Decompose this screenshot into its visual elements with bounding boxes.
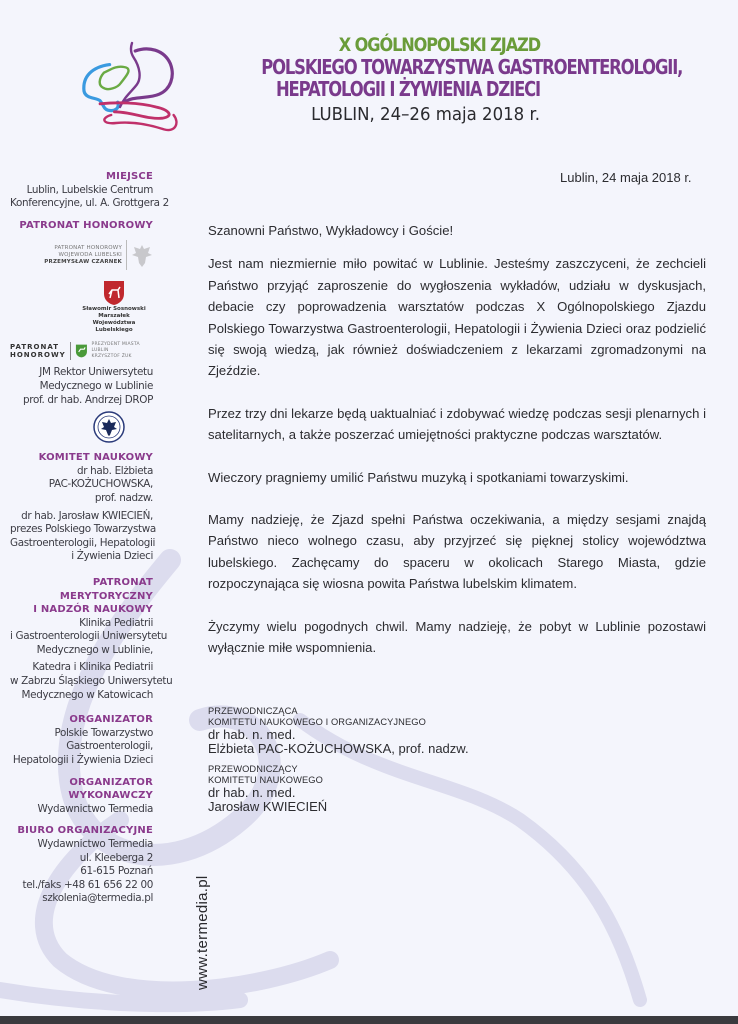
letter-paragraph: Mamy nadzieję, że Zjazd spełni Państwa o… — [208, 509, 706, 595]
wojewoda-patron-logo: PATRONAT HONOROWY WOJEWODA LUBELSKI PRZE… — [10, 240, 153, 270]
sidebar: MIEJSCE Lublin, Lubelskie Centrum Konfer… — [10, 170, 153, 906]
section-title-organizator: ORGANIZATOR — [10, 713, 153, 727]
letter-paragraph: Wieczory pragniemy umilić Państwu muzyką… — [208, 467, 706, 488]
website-link[interactable]: www.termedia.pl — [194, 875, 211, 990]
letter-paragraph: Jest nam niezmiernie miło powitać w Lubl… — [208, 253, 706, 381]
sidebar-text: i Żywienia Dzieci — [10, 550, 153, 564]
sidebar-text: PAC-KOŻUCHOWSKA, — [10, 478, 153, 492]
prezydent-patron-logo: PATRONAT HONOROWY PREZYDENT MIASTA LUBLI… — [10, 342, 153, 360]
header-line-2: POLSKIEGO TOWARZYSTWA GASTROENTEROLOGII, — [261, 56, 540, 78]
tiny-text: PATRONAT — [10, 343, 66, 351]
tiny-text: PRZEMYSŁAW CZARNEK — [44, 259, 122, 266]
sidebar-text: dr hab. Elżbieta — [10, 465, 153, 479]
header-line-3: HEPATOLOGII I ŻYWIENIA DZIECI — [261, 78, 540, 100]
tiny-text: Sławomir Sosnowski — [79, 306, 149, 313]
digestive-system-logo-icon — [76, 28, 196, 146]
header-location-date: LUBLIN, 24–26 maja 2018 r. — [227, 100, 540, 130]
letter-page: X OGÓLNOPOLSKI ZJAZD POLSKIEGO TOWARZYST… — [0, 0, 738, 1016]
section-title-miejsce: MIEJSCE — [10, 170, 153, 184]
tiny-text: Województwa Lubelskiego — [79, 320, 149, 334]
tiny-text: HONOROWY — [10, 351, 66, 359]
university-seal — [10, 411, 153, 443]
sidebar-text: Lublin, Lubelskie Centrum — [10, 184, 153, 198]
signature-block: PRZEWODNICZĄCA KOMITETU NAUKOWEGO I ORGA… — [208, 706, 469, 756]
contact-email[interactable]: szkolenia@termedia.pl — [10, 892, 153, 906]
sidebar-text: w Zabrzu Śląskiego Uniwersytetu — [10, 675, 153, 689]
tiny-text: PREZYDENT MIASTA LUBLIN — [92, 342, 153, 354]
section-title-komitet: KOMITET NAUKOWY — [10, 451, 153, 465]
university-seal-icon — [93, 411, 125, 443]
sidebar-text: i Gastroenterologii Uniwersytetu — [10, 630, 153, 644]
sidebar-text: JM Rektor Uniwersytetu — [10, 366, 153, 380]
letter-paragraph: Życzymy wielu pogodnych chwil. Mamy nadz… — [208, 616, 706, 659]
marszalek-patron-logo: Sławomir Sosnowski Marszałek Województwa… — [10, 280, 153, 334]
signature-role: PRZEWODNICZĄCA — [208, 706, 469, 717]
section-title-organizator-wykonawczy: ORGANIZATOR WYKONAWCZY — [10, 776, 153, 803]
lublin-city-crest-icon — [75, 343, 88, 359]
lublin-voivodeship-crest-icon — [103, 280, 125, 306]
sidebar-text: prof. nadzw. — [10, 492, 153, 506]
tiny-text: WOJEWODA LUBELSKI — [44, 252, 122, 259]
sidebar-text: prof. dr hab. Andrzej DROP — [10, 394, 153, 408]
polish-eagle-icon — [131, 241, 153, 269]
letter-greeting: Szanowni Państwo, Wykładowcy i Goście! — [208, 220, 706, 241]
signature-name: Elżbieta PAC-KOŻUCHOWSKA, prof. nadzw. — [208, 742, 469, 756]
sidebar-text: Medycznego w Lublinie — [10, 380, 153, 394]
sidebar-text: Hepatologii i Żywienia Dzieci — [10, 754, 153, 768]
section-title-biuro: BIURO ORGANIZACYJNE — [10, 824, 153, 838]
sidebar-text: Gastroenterologii, Hepatologii — [10, 537, 153, 551]
signature-degree: dr hab. n. med. — [208, 728, 469, 742]
signature-name: Jarosław KWIECIEŃ — [208, 800, 469, 814]
contact-phone: tel./faks +48 61 656 22 00 — [10, 879, 153, 893]
section-title-patronat-merytoryczny: PATRONAT MERYTORYCZNY — [10, 576, 153, 603]
signature-degree: dr hab. n. med. — [208, 786, 469, 800]
sidebar-text: Klinika Pediatrii — [10, 617, 153, 631]
section-title-patronat-honorowy: PATRONAT HONOROWY — [10, 219, 153, 233]
tiny-text: PATRONAT HONOROWY — [44, 245, 122, 252]
letter-date: Lublin, 24 maja 2018 r. — [560, 170, 692, 185]
letter-body: Szanowni Państwo, Wykładowcy i Goście! J… — [208, 220, 706, 680]
signature-block: PRZEWODNICZĄCY KOMITETU NAUKOWEGO dr hab… — [208, 764, 469, 814]
signature-role: PRZEWODNICZĄCY — [208, 764, 469, 775]
tiny-text: KRZYSZTOF ŻUK — [92, 354, 153, 360]
signatures: PRZEWODNICZĄCA KOMITETU NAUKOWEGO I ORGA… — [208, 706, 469, 814]
header-line-1: X OGÓLNOPOLSKI ZJAZD — [251, 34, 540, 56]
conference-header: X OGÓLNOPOLSKI ZJAZD POLSKIEGO TOWARZYST… — [200, 34, 540, 130]
sidebar-text: 61-615 Poznań — [10, 865, 153, 879]
sidebar-text: prezes Polskiego Towarzystwa — [10, 523, 153, 537]
sidebar-text: Medycznego w Lublinie, — [10, 644, 153, 658]
section-title-nadzor: I NADZÓR NAUKOWY — [10, 603, 153, 617]
sidebar-text: Polskie Towarzystwo — [10, 727, 153, 741]
sidebar-text: Medycznego w Katowicach — [10, 689, 153, 703]
sidebar-text: ul. Kleeberga 2 — [10, 852, 153, 866]
sidebar-text: Wydawnictwo Termedia — [10, 803, 153, 817]
letter-paragraph: Przez trzy dni lekarze będą uaktualniać … — [208, 403, 706, 446]
sidebar-text: Gastroenterologii, — [10, 740, 153, 754]
sidebar-text: Wydawnictwo Termedia — [10, 838, 153, 852]
sidebar-text: dr hab. Jarosław KWIECIEŃ, — [10, 510, 153, 524]
sidebar-text: Katedra i Klinika Pediatrii — [10, 661, 153, 675]
sidebar-text: Konferencyjne, ul. A. Grottgera 2 — [10, 197, 153, 211]
